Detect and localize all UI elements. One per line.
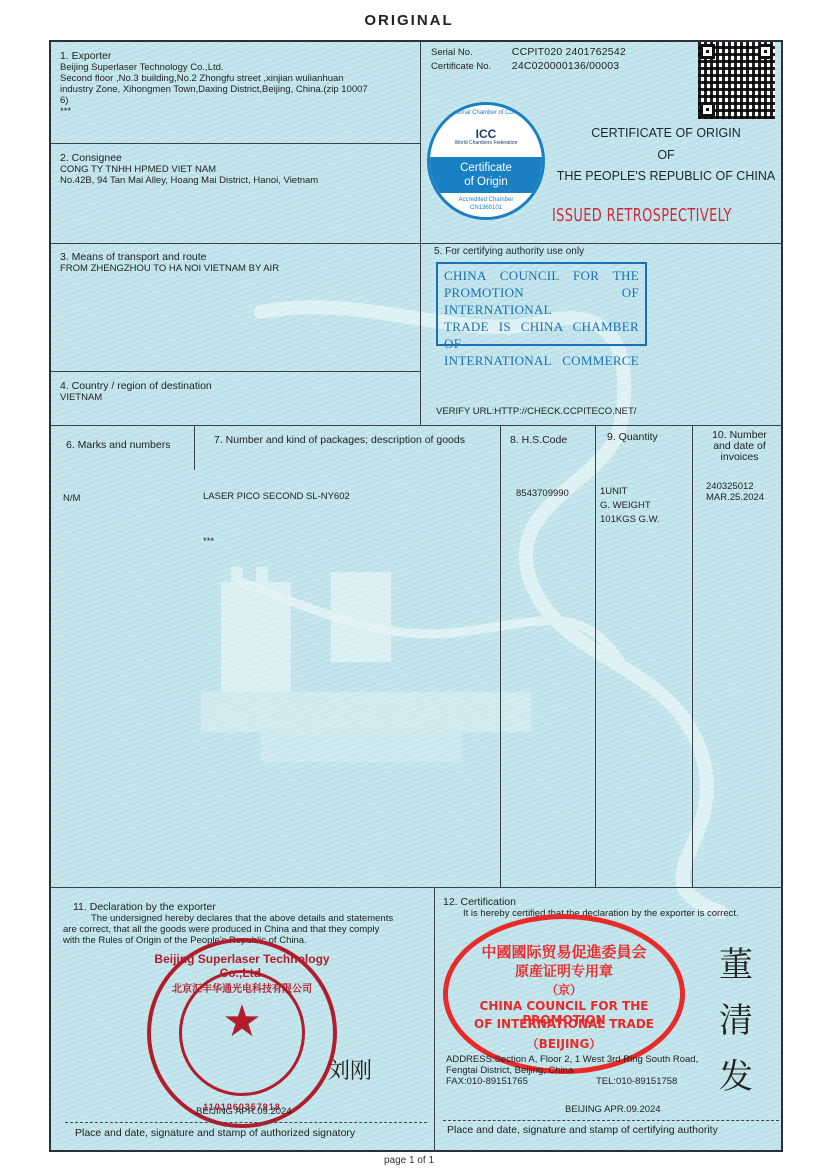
verify-url[interactable]: VERIFY URL:HTTP://CHECK.CCPITECO.NET/	[436, 406, 636, 417]
consignee-section: 2. Consignee CONG TY TNHH HPMED VIET NAM…	[60, 153, 415, 186]
seal-inner-text: 北京汇丰华通光电科技有限公司	[151, 980, 333, 995]
transport-section: 3. Means of transport and route FROM ZHE…	[60, 252, 415, 274]
address-line: Fengtai District, Beijing, China	[446, 1065, 698, 1076]
icc-accredited: Accredited Chamber CN1360101	[430, 196, 542, 212]
invoice-header: 10. Number and date of invoices	[702, 430, 777, 463]
serial-label: Serial No.	[431, 47, 509, 58]
seal-cn-line: （京）	[448, 981, 680, 998]
ccpit-beijing-seal: 中國國际贸易促進委員会 原産证明专用章 （京） CHINA COUNCIL FO…	[443, 914, 685, 1074]
certificate-title-line3: THE PEOPLE'S REPUBLIC OF CHINA	[546, 169, 786, 183]
council-line: TRADE IS CHINA CHAMBER OF	[444, 318, 639, 352]
seal-en-line: （BEIJING）	[448, 1035, 680, 1052]
consignee-line: CONG TY TNHH HPMED VIET NAM	[60, 164, 415, 175]
qr-code-icon[interactable]	[698, 42, 775, 119]
quantity-header: 9. Quantity	[607, 432, 658, 443]
icc-accredited-text: Accredited Chamber	[430, 196, 542, 204]
consignee-label: 2. Consignee	[60, 153, 415, 164]
document-title: ORIGINAL	[0, 12, 818, 29]
issued-retrospectively-stamp: ISSUED RETROSPECTIVELY	[552, 205, 732, 226]
destination-section: 4. Country / region of destination VIETN…	[60, 381, 415, 403]
icc-band-line2: of Origin	[430, 175, 542, 189]
transport-value: FROM ZHENGZHOU TO HA NOI VIETNAM BY AIR	[60, 263, 415, 274]
certifying-authority-label: 5. For certifying authority use only	[434, 246, 584, 257]
marks-header: 6. Marks and numbers	[66, 440, 170, 451]
destination-value: VIETNAM	[60, 392, 415, 403]
consignee-line: No.42B, 94 Tan Mai Alley, Hoang Mai Dist…	[60, 175, 415, 186]
exporter-footer: Place and date, signature and stamp of a…	[75, 1128, 355, 1139]
exporter-company-seal: Beijing Superlaser Technology Co.,Ltd. 北…	[147, 938, 337, 1128]
great-wall-watermark-icon	[201, 282, 761, 922]
exporter-place-date: BEIJING APR.09.2024	[196, 1106, 292, 1117]
certifier-footer: Place and date, signature and stamp of c…	[447, 1125, 718, 1136]
certification-section: 12. Certification It is hereby certified…	[443, 897, 778, 919]
certifier-signature-line	[443, 1120, 779, 1121]
quantity-line: G. WEIGHT	[600, 499, 660, 513]
seal-cn-line: 中國國际贸易促進委員会	[448, 941, 680, 962]
hs-code-header: 8. H.S.Code	[510, 435, 567, 446]
exporter-line: Second floor ,No.3 building,No.2 Zhongfu…	[60, 73, 415, 84]
exporter-signature-line	[65, 1122, 427, 1123]
exporter-signature: 刘刚	[328, 1054, 372, 1085]
tel: TEL:010-89151758	[596, 1076, 677, 1087]
star-icon: ★	[151, 1000, 333, 1044]
quantity-line: 1UNIT	[600, 485, 660, 499]
declaration-text: The undersigned hereby declares that the…	[73, 913, 428, 924]
end-marker: ***	[203, 536, 214, 547]
icc-band: Certificate of Origin	[430, 157, 542, 193]
certificate-title-line2: OF	[546, 148, 786, 162]
icc-accredited-id: CN1360101	[430, 204, 542, 212]
declaration-text: are correct, that all the goods were pro…	[63, 924, 428, 935]
certificate-label: Certificate No.	[431, 61, 509, 72]
hs-code-value: 8543709990	[516, 488, 569, 499]
certificate-sheet: 1. Exporter Beijing Superlaser Technolog…	[49, 40, 783, 1152]
icc-logo: ICC	[430, 127, 542, 141]
page-number: page 1 of 1	[0, 1155, 818, 1166]
description-value: LASER PICO SECOND SL-NY602	[203, 491, 350, 502]
ccpit-council-stamp: CHINA COUNCIL FOR THE PROMOTION OF INTER…	[436, 262, 647, 346]
description-header: 7. Number and kind of packages; descript…	[214, 435, 465, 446]
destination-label: 4. Country / region of destination	[60, 381, 415, 392]
certifier-signature: 董清发	[719, 937, 759, 1105]
certificate-title-line1: CERTIFICATE OF ORIGIN	[546, 126, 786, 140]
quantity-value: 1UNIT G. WEIGHT 101KGS G.W.	[600, 485, 660, 527]
icc-ring-text: International Chamber of Commerce	[430, 110, 542, 116]
icc-logo-sub: World Chambers Federation	[430, 140, 542, 146]
seal-en-line: OF INTERNATIONAL TRADE	[448, 1017, 680, 1031]
exporter-section: 1. Exporter Beijing Superlaser Technolog…	[60, 51, 415, 117]
invoice-value: 240325012 MAR.25.2024	[706, 481, 764, 503]
council-line: INTERNATIONAL COMMERCE	[444, 352, 639, 369]
exporter-line: industry Zone, Xihongmen Town,Daxing Dis…	[60, 84, 415, 95]
certificate-value: 24C020000136/00003	[512, 60, 620, 72]
exporter-line: Beijing Superlaser Technology Co.,Ltd.	[60, 62, 415, 73]
seal-cn-line: 原産证明专用章	[448, 961, 680, 981]
serial-number-row: Serial No. CCPIT020 2401762542	[431, 47, 626, 58]
address-line: ADDRESS:Section A, Floor 2, 1 West 3rd R…	[446, 1054, 698, 1065]
certification-label: 12. Certification	[443, 897, 778, 908]
declaration-label: 11. Declaration by the exporter	[73, 902, 428, 913]
certification-text: It is hereby certified that the declarat…	[443, 908, 778, 919]
serial-value: CCPIT020 2401762542	[512, 46, 626, 58]
icc-certificate-badge: International Chamber of Commerce ICC Wo…	[427, 102, 545, 220]
certifier-place-date: BEIJING APR.09.2024	[565, 1104, 661, 1115]
fax: FAX:010-89151765	[446, 1076, 596, 1087]
icc-band-line1: Certificate	[430, 161, 542, 175]
ccpit-address: ADDRESS:Section A, Floor 2, 1 West 3rd R…	[446, 1054, 698, 1087]
quantity-line: 101KGS G.W.	[600, 513, 660, 527]
council-line: PROMOTION OF INTERNATIONAL	[444, 284, 639, 318]
exporter-label: 1. Exporter	[60, 51, 415, 62]
exporter-line: ***	[60, 106, 415, 117]
council-line: CHINA COUNCIL FOR THE	[444, 267, 639, 284]
transport-label: 3. Means of transport and route	[60, 252, 415, 263]
marks-value: N/M	[63, 493, 80, 504]
certificate-number-row: Certificate No. 24C020000136/00003	[431, 61, 619, 72]
exporter-line: 6)	[60, 95, 415, 106]
